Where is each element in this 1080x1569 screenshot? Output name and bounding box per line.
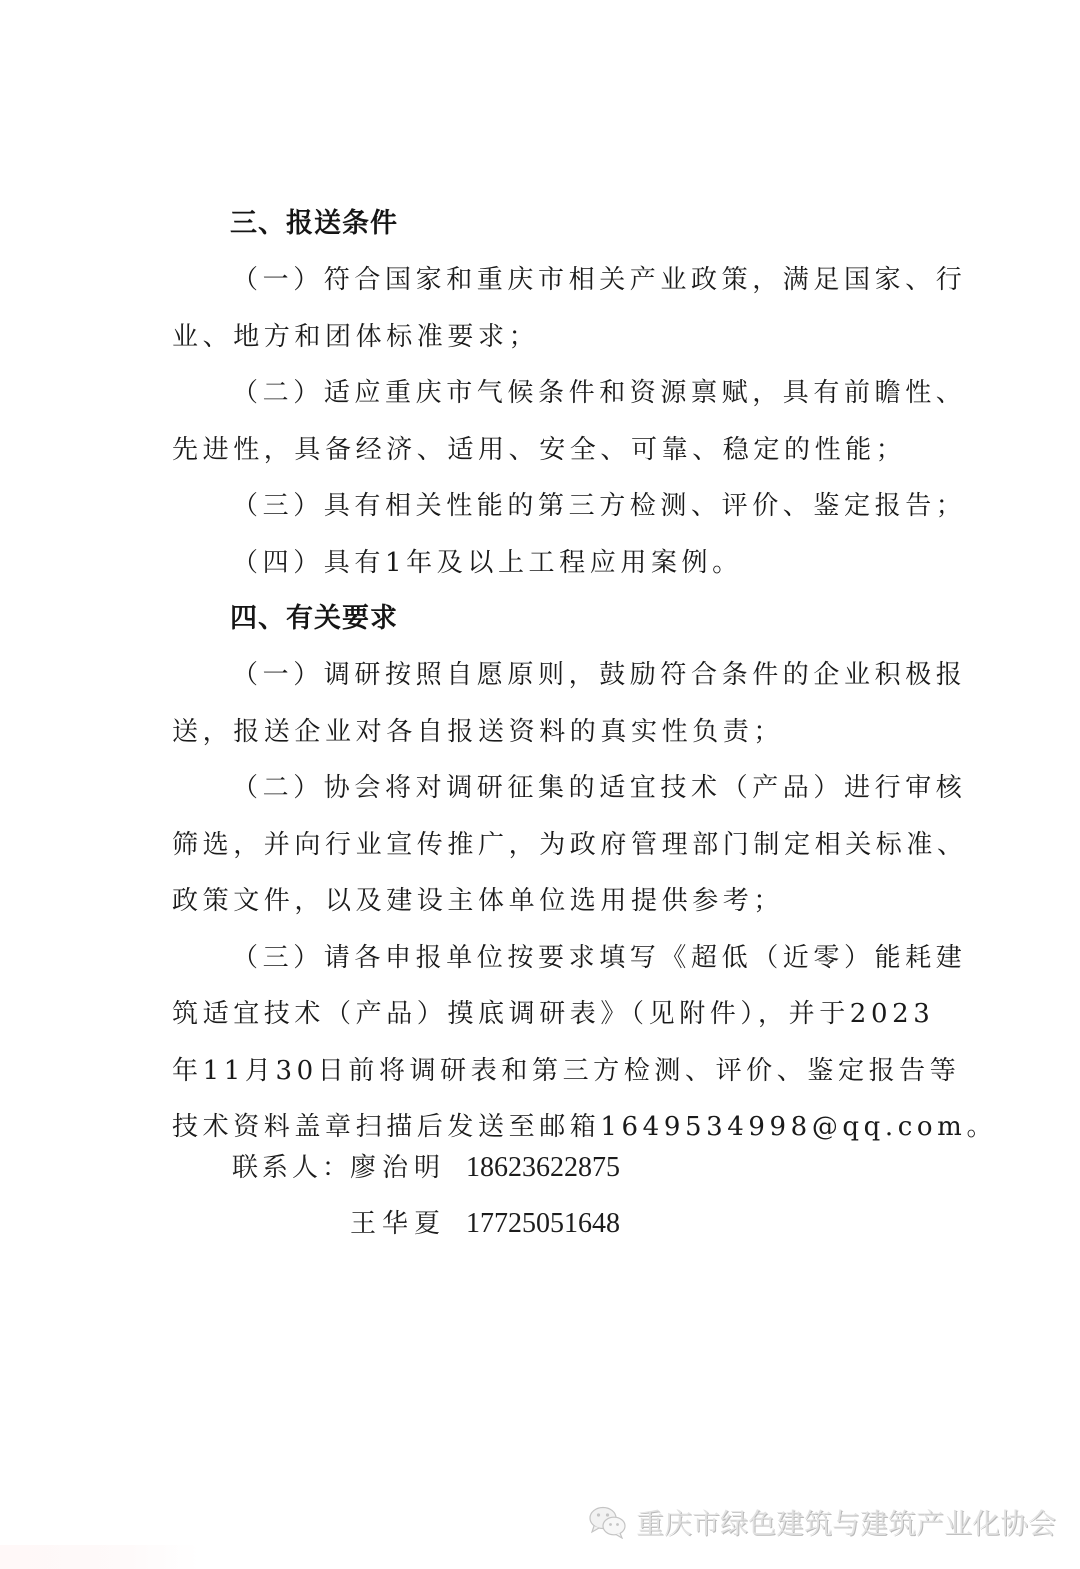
contact-label: 联系人： [232, 1140, 350, 1196]
condition-item-2: （二）适应重庆市气候条件和资源禀赋，具有前瞻性、 先进性，具备经济、适用、安全、… [172, 365, 932, 478]
contacts-block: 联系人： 廖治明 18623622875 王华夏 17725051648 [232, 1140, 620, 1252]
requirement-item-1: （一）调研按照自愿原则，鼓励符合条件的企业积极报 送，报送企业对各自报送资料的真… [172, 647, 932, 760]
condition-item-3: （三）具有相关性能的第三方检测、评价、鉴定报告； [172, 478, 932, 535]
wechat-icon [588, 1505, 628, 1539]
contact-row: 王华夏 17725051648 [232, 1196, 620, 1252]
condition-item-4: （四）具有1年及以上工程应用案例。 [172, 535, 932, 592]
text-line: 送，报送企业对各自报送资料的真实性负责； [172, 704, 932, 761]
text-line: 先进性，具备经济、适用、安全、可靠、稳定的性能； [172, 422, 932, 479]
text-line: 筑适宜技术（产品）摸底调研表》（见附件），并于2023 [172, 986, 932, 1043]
contact-name: 王华夏 [350, 1196, 466, 1252]
bottom-edge-artifact [0, 1545, 200, 1569]
text-line: （四）具有1年及以上工程应用案例。 [172, 535, 932, 592]
contact-name: 廖治明 [350, 1140, 466, 1196]
condition-item-1: （一）符合国家和重庆市相关产业政策，满足国家、行 业、地方和团体标准要求； [172, 252, 932, 365]
watermark-text: 重庆市绿色建筑与建筑产业化协会 [636, 1502, 1056, 1542]
requirement-item-2: （二）协会将对调研征集的适宜技术（产品）进行审核 筛选，并向行业宣传推广，为政府… [172, 760, 932, 930]
text-line: （三）具有相关性能的第三方检测、评价、鉴定报告； [172, 478, 932, 535]
text-line: （一）符合国家和重庆市相关产业政策，满足国家、行 [172, 252, 932, 309]
section-heading-submission-conditions: 三、报送条件 [172, 196, 932, 252]
text-line: 筛选，并向行业宣传推广，为政府管理部门制定相关标准、 [172, 817, 932, 874]
text-line: （三）请各申报单位按要求填写《超低（近零）能耗建 [172, 930, 932, 987]
section-heading-requirements: 四、有关要求 [172, 591, 932, 647]
text-line: （一）调研按照自愿原则，鼓励符合条件的企业积极报 [172, 647, 932, 704]
requirement-item-3: （三）请各申报单位按要求填写《超低（近零）能耗建 筑适宜技术（产品）摸底调研表》… [172, 930, 932, 1156]
text-line: （二）适应重庆市气候条件和资源禀赋，具有前瞻性、 [172, 365, 932, 422]
contact-row: 联系人： 廖治明 18623622875 [232, 1140, 620, 1196]
text-line: 政策文件，以及建设主体单位选用提供参考； [172, 873, 932, 930]
contact-phone: 18623622875 [466, 1140, 620, 1196]
text-line: 年11月30日前将调研表和第三方检测、评价、鉴定报告等 [172, 1043, 932, 1100]
contact-label-spacer [232, 1196, 350, 1252]
watermark: 重庆市绿色建筑与建筑产业化协会 [588, 1502, 1056, 1542]
text-line: 业、地方和团体标准要求； [172, 309, 932, 366]
text-line: （二）协会将对调研征集的适宜技术（产品）进行审核 [172, 760, 932, 817]
contact-phone: 17725051648 [466, 1196, 620, 1252]
document-page: 三、报送条件 （一）符合国家和重庆市相关产业政策，满足国家、行 业、地方和团体标… [172, 196, 932, 1156]
